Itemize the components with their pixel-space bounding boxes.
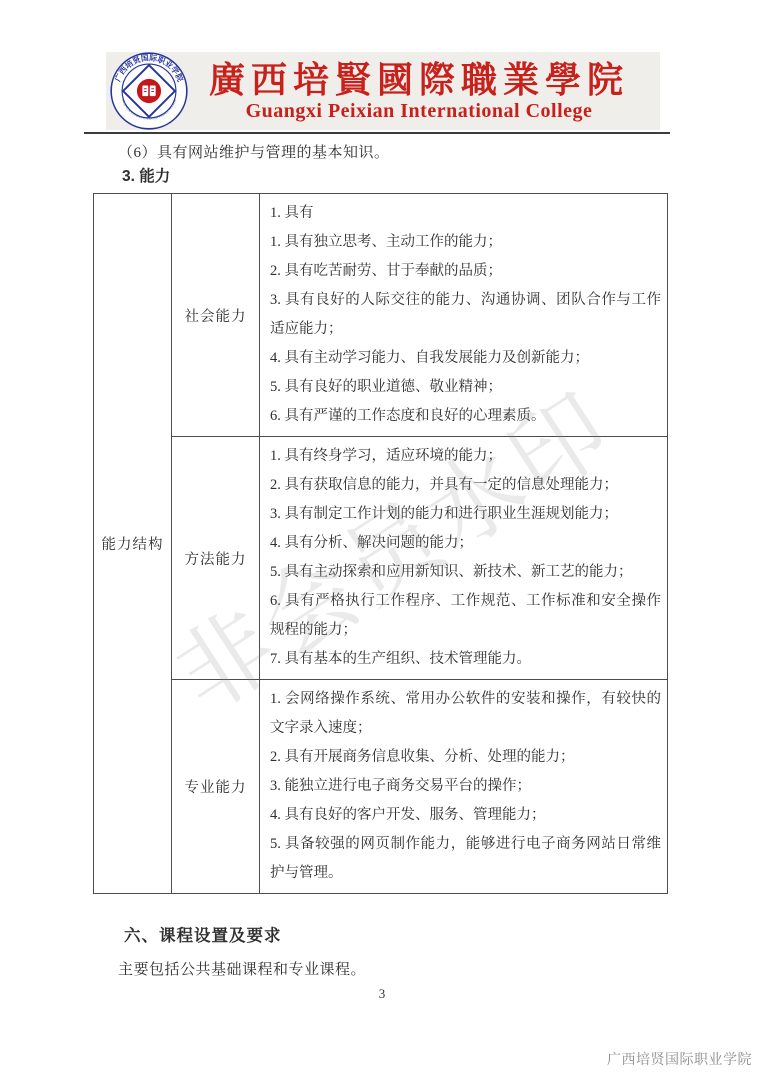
book-line (144, 91, 147, 92)
category-cell-method: 方法能力 (172, 437, 260, 680)
ability-item: 6. 具有严格执行工作程序、工作规范、工作标准和安全操作规程的能力； (270, 587, 661, 645)
abilities-table: 能力结构 社会能力 1. 具有1. 具有独立思考、主动工作的能力；2. 具有吃苦… (93, 193, 668, 894)
ability-item: 1. 具有 (270, 199, 661, 228)
book-icon (150, 86, 156, 97)
college-logo: 广西培贤国际职业学院 GUANGXI PEIXIAN INTERNATIONAL… (106, 52, 192, 130)
ability-item: 1. 会网络操作系统、常用办公软件的安装和操作，有较快的文字录入速度； (270, 685, 661, 743)
college-name-zh: 廣西培賢國際職業學院 (192, 60, 646, 100)
table-row-method: 方法能力 1. 具有终身学习，适应环境的能力；2. 具有获取信息的能力，并具有一… (94, 437, 668, 680)
book-line (151, 88, 154, 89)
items-cell-method: 1. 具有终身学习，适应环境的能力；2. 具有获取信息的能力，并具有一定的信息处… (260, 437, 668, 680)
ability-item: 5. 具有主动探索和应用新知识、新技术、新工艺的能力； (270, 558, 661, 587)
book-icon (142, 86, 148, 97)
items-cell-social: 1. 具有1. 具有独立思考、主动工作的能力；2. 具有吃苦耐劳、甘于奉献的品质… (260, 194, 668, 437)
table-row-social: 能力结构 社会能力 1. 具有1. 具有独立思考、主动工作的能力；2. 具有吃苦… (94, 194, 668, 437)
ability-item: 5. 具备较强的网页制作能力，能够进行电子商务网站日常维护与管理。 (270, 830, 661, 888)
section-heading-courses: 六、课程设置及要求 (124, 922, 282, 946)
ability-item: 2. 具有吃苦耐劳、甘于奉献的品质； (270, 257, 661, 286)
ability-item: 6. 具有严谨的工作态度和良好的心理素质。 (270, 402, 661, 431)
college-name-en: Guangxi Peixian International College (192, 100, 646, 122)
table-row-professional: 专业能力 1. 会网络操作系统、常用办公软件的安装和操作，有较快的文字录入速度；… (94, 680, 668, 894)
category-cell-professional: 专业能力 (172, 680, 260, 894)
document-page: 广西培贤国际职业学院 GUANGXI PEIXIAN INTERNATIONAL… (0, 0, 764, 1080)
ability-item: 4. 具有主动学习能力、自我发展能力及创新能力； (270, 344, 661, 373)
ability-item: 5. 具有良好的职业道德、敬业精神； (270, 373, 661, 402)
items-cell-professional: 1. 会网络操作系统、常用办公软件的安装和操作，有较快的文字录入速度；2. 具有… (260, 680, 668, 894)
ability-item: 1. 具有独立思考、主动工作的能力； (270, 228, 661, 257)
ability-item: 1. 具有终身学习，适应环境的能力； (270, 442, 661, 471)
ability-structure-cell: 能力结构 (94, 194, 172, 894)
header-titles: 廣西培賢國際職業學院 Guangxi Peixian International… (192, 60, 660, 122)
category-cell-social: 社会能力 (172, 194, 260, 437)
page-number: 3 (0, 986, 764, 1002)
ability-item: 3. 具有良好的人际交往的能力、沟通协调、团队合作与工作适应能力； (270, 286, 661, 344)
knowledge-item-6: （6）具有网站维护与管理的基本知识。 (118, 141, 390, 162)
logo-center-circle (137, 79, 161, 103)
ability-item: 4. 具有分析、解决问题的能力； (270, 529, 661, 558)
ability-item: 7. 具有基本的生产组织、技术管理能力。 (270, 645, 661, 674)
header-divider (84, 132, 670, 134)
ability-item: 3. 能独立进行电子商务交易平台的操作； (270, 772, 661, 801)
section-heading-ability: 3. 能力 (122, 164, 170, 186)
ability-item: 3. 具有制定工作计划的能力和进行职业生涯规划能力； (270, 500, 661, 529)
ability-item: 2. 具有开展商务信息收集、分析、处理的能力； (270, 743, 661, 772)
book-line (151, 91, 154, 92)
courses-paragraph: 主要包括公共基础课程和专业课程。 (118, 958, 366, 979)
ability-item: 2. 具有获取信息的能力，并具有一定的信息处理能力； (270, 471, 661, 500)
footer-college-name: 广西培贤国际职业学院 (607, 1049, 752, 1069)
college-seal-icon: 广西培贤国际职业学院 GUANGXI PEIXIAN INTERNATIONAL… (110, 52, 188, 130)
book-line (144, 88, 147, 89)
college-header-banner: 广西培贤国际职业学院 GUANGXI PEIXIAN INTERNATIONAL… (106, 52, 660, 130)
ability-item: 4. 具有良好的客户开发、服务、管理能力； (270, 801, 661, 830)
